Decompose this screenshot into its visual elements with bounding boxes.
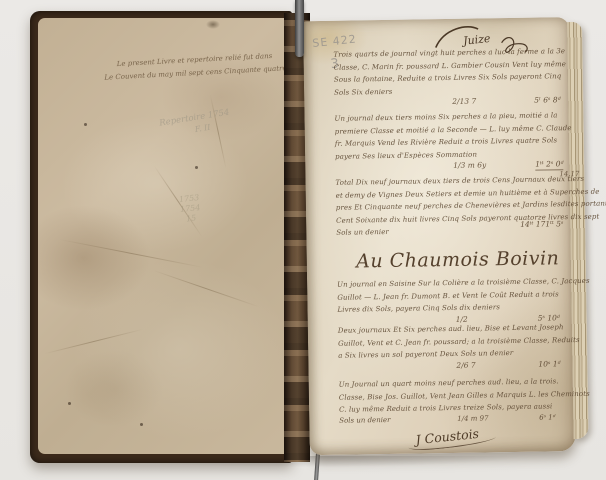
entry-paragraph: Un journal deux tiers moins Six perches … <box>334 109 567 176</box>
pencil-note: Repertoire 1754 F. II <box>159 107 233 142</box>
entry-amount: 1ᵗᵗ 2ˢ 0ᵈ <box>535 159 563 170</box>
ink-speck <box>195 166 198 169</box>
entry-line: Sols un denier <box>339 415 390 424</box>
pastedown-parchment: Le present Livre et repertoire relié fut… <box>38 18 292 454</box>
left-cover-board: Le present Livre et repertoire relié fut… <box>30 11 292 463</box>
pencil-years: 1753 1754 15 <box>178 193 201 225</box>
ink-blot <box>206 20 220 29</box>
ink-speck <box>68 402 71 405</box>
entry-fraction: 1/3 m 6y <box>453 160 486 170</box>
total-amount: 14ᵗᵗ 171ᵗᵗ 5ˢ <box>520 219 563 229</box>
book-support-rod-top <box>295 0 304 57</box>
entry-fraction: 1/4 m 97 <box>457 414 488 422</box>
entry-amount: 5ˡ 6ˢ 8ᵈ <box>534 95 561 104</box>
crease <box>60 239 205 268</box>
entry-paragraph: Deux journaux Et Six perches aud. lieu, … <box>338 321 571 375</box>
crease <box>153 270 259 307</box>
right-page: SE 422 3 Juize Trois quarts de journal v… <box>303 17 576 455</box>
entry-amount: 6ˢ 1ᵈ <box>539 413 555 421</box>
entry-amounts: Sols un denier 1/4 m 97 6ˢ 1ᵈ <box>339 413 571 430</box>
ownership-inscription: Le present Livre et repertoire relié fut… <box>103 49 286 85</box>
entry-amount: 10ˢ 1ᵈ <box>538 359 560 368</box>
ink-speck <box>84 123 87 126</box>
signature: J Coustois <box>415 426 480 447</box>
pencil-year: 15 <box>181 213 202 225</box>
manuscript-scan: Le present Livre et repertoire relié fut… <box>0 0 606 480</box>
entry-paragraph: Trois quarts de journal vingt huit perch… <box>333 45 566 112</box>
total-paragraph: Total Dix neuf journaux deux tiers de tr… <box>335 173 568 239</box>
archival-shelfmark: SE 422 <box>312 33 358 50</box>
crease <box>44 328 143 354</box>
section-heading: Au Chaumois Boivin <box>347 247 569 272</box>
entry-paragraph: Un Journal un quart moins neuf perches a… <box>339 375 572 429</box>
ink-speck <box>140 423 143 426</box>
entry-amounts: 2/6 7 10ˢ 1ᵈ <box>338 359 570 376</box>
entry-fraction: 2/6 7 <box>456 360 475 369</box>
entry-fraction: 2/13 7 <box>452 97 476 106</box>
